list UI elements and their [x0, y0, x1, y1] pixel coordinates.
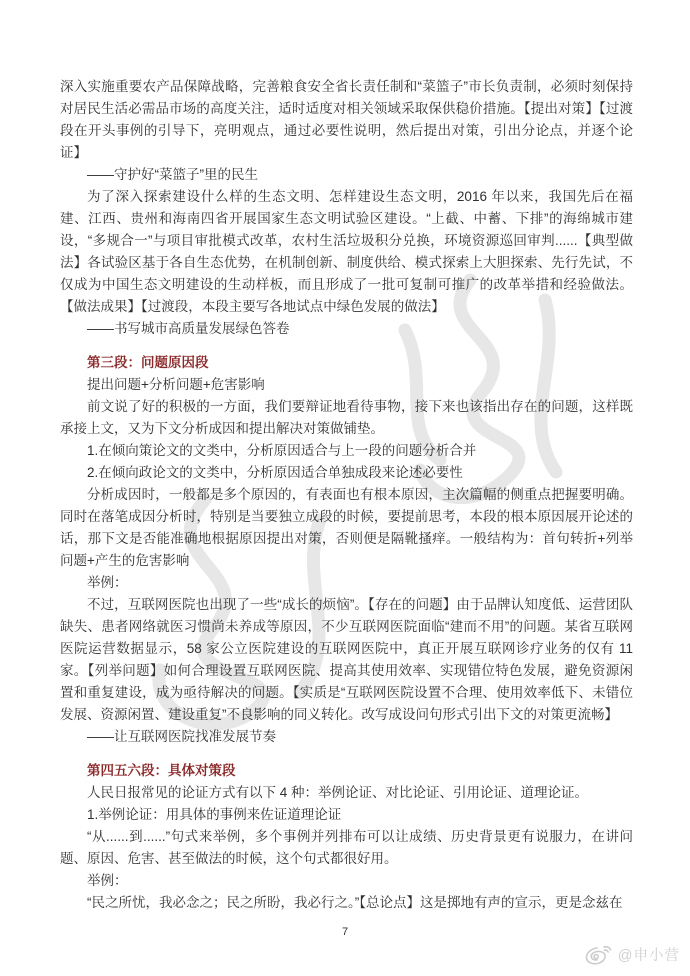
- paragraph: 分析成因时，一般都是多个原因的，有表面也有根本原因，主次篇幅的侧重点把握要明确。…: [60, 484, 633, 572]
- paragraph: 2.在倾向政论文的文类中，分析原因适合单独成段来论述必要性: [60, 462, 633, 484]
- paragraph: “民之所忧，我必念之；民之所盼，我必行之。”【总论点】这是掷地有声的宣示，更是念…: [60, 892, 633, 914]
- paragraph: 1.在倾向策论文的文类中，分析原因适合与上一段的问题分析合并: [60, 440, 633, 462]
- document-body: 深入实施重要农产品保障战略，完善粮食安全省长责任制和“菜篮子”市长负责制，必须时…: [60, 76, 633, 914]
- paragraph: ——书写城市高质量发展绿色答卷: [60, 318, 633, 340]
- paragraph: 提出问题+分析问题+危害影响: [60, 374, 633, 396]
- paragraph: 为了深入探索建设什么样的生态文明、怎样建设生态文明，2016 年以来，我国先后在…: [60, 186, 633, 318]
- paragraph: 举例：: [60, 870, 633, 892]
- paragraph: ——守护好“菜篮子”里的民生: [60, 164, 633, 186]
- paragraph: 1.举例论证：用具体的事例来佐证道理论证: [60, 804, 633, 826]
- document-page: 深入实施重要农产品保障战略，完善粮食安全省长责任制和“菜篮子”市长负责制，必须时…: [0, 0, 690, 976]
- paragraph: 不过，互联网医院也出现了一些“成长的烦恼”。【存在的问题】由于品牌认知度低、运营…: [60, 594, 633, 726]
- paragraph: 举例：: [60, 572, 633, 594]
- account-handle: @申小营: [618, 944, 680, 965]
- paragraph: 深入实施重要农产品保障战略，完善粮食安全省长责任制和“菜篮子”市长负责制，必须时…: [60, 76, 633, 164]
- paragraph: ——让互联网医院找准发展节奏: [60, 726, 633, 748]
- paragraph: 人民日报常见的论证方式有以下 4 种：举例论证、对比论证、引用论证、道理论证。: [60, 782, 633, 804]
- weibo-icon: [584, 942, 614, 966]
- account-watermark: @申小营: [584, 942, 680, 966]
- section-heading: 第四五六段：具体对策段: [60, 760, 633, 782]
- page-number: 7: [0, 926, 690, 938]
- section-heading: 第三段：问题原因段: [60, 352, 633, 374]
- paragraph: 前文说了好的积极的一方面，我们要辩证地看待事物，接下来也该指出存在的问题，这样既…: [60, 396, 633, 440]
- paragraph: “从......到......”句式来举例，多个事例并列排布可以让成绩、历史背景…: [60, 826, 633, 870]
